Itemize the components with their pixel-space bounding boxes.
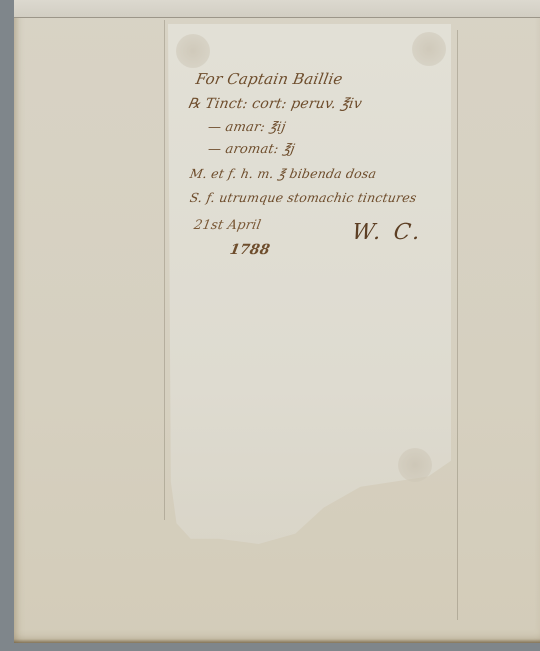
fold-line-right <box>457 30 458 620</box>
recipe-line-1: ℞ Tinct: cort: peruv. ℥iv <box>187 96 364 112</box>
patient-line: For Captain Baillie <box>194 70 344 88</box>
adhesive-wafer-bottom-right <box>398 448 432 482</box>
fold-line-left <box>164 20 165 520</box>
recipe-line-2: — amar: ℥ij <box>207 120 287 135</box>
date-year: 1788 <box>229 242 272 258</box>
directions-line-2: S. f. utrumque stomachic tinctures <box>189 190 418 205</box>
document-viewport: For Captain Baillie ℞ Tinct: cort: peruv… <box>0 0 540 651</box>
date-day-month: 21st April <box>193 218 262 233</box>
directions-line-1: M. et f. h. m. ℥ bibenda dosa <box>189 166 378 181</box>
recipe-line-3: — aromat: ℥j <box>207 142 296 157</box>
adhesive-wafer-top-left <box>176 34 210 68</box>
signature-initials: W. C. <box>350 220 424 245</box>
top-fold-edge <box>14 0 540 18</box>
adhesive-wafer-top-right <box>412 32 446 66</box>
